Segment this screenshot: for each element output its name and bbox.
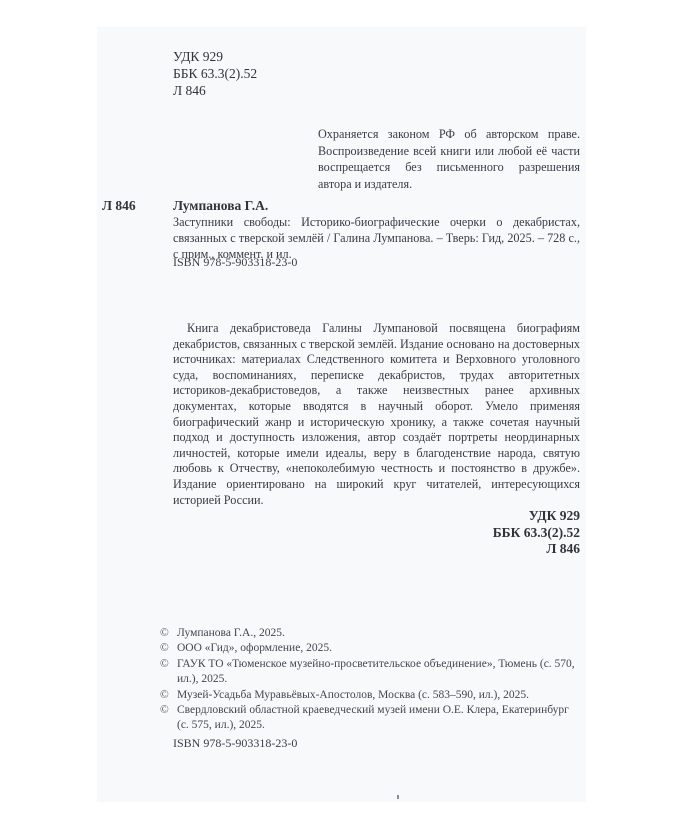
credit-item: © Музей-Усадьба Муравьёвых-Апостолов, Мо… (160, 688, 580, 703)
page-mark (397, 795, 399, 799)
credit-text: Музей-Усадьба Муравьёвых-Апостолов, Моск… (177, 688, 580, 703)
copyright-icon: © (160, 641, 177, 656)
copyright-notice: Охраняется законом РФ об авторском праве… (318, 126, 580, 192)
credit-item: © ГАУК ТО «Тюменское музейно-просветител… (160, 657, 580, 688)
udk-code: УДК 929 (493, 508, 580, 525)
credit-text: ООО «Гид», оформление, 2025. (177, 641, 580, 656)
author-mark: Л 846 (493, 541, 580, 558)
credit-item: © Свердловский областной краеведческий м… (160, 703, 580, 734)
copyright-icon: © (160, 703, 177, 734)
copyright-icon: © (160, 657, 177, 688)
credit-item: © Лумпанова Г.А., 2025. (160, 626, 580, 641)
bbk-code: ББК 63.3(2).52 (173, 65, 257, 82)
classification-top: УДК 929 ББК 63.3(2).52 Л 846 (173, 48, 257, 99)
credit-item: © ООО «Гид», оформление, 2025. (160, 641, 580, 656)
isbn-bottom: ISBN 978-5-903318-23-0 (173, 736, 297, 751)
biblio-code: Л 846 (102, 198, 136, 214)
author-mark: Л 846 (173, 82, 257, 99)
isbn-top: ISBN 978-5-903318-23-0 (173, 255, 297, 270)
credit-text: ГАУК ТО «Тюменское музейно-просветительс… (177, 657, 580, 688)
credit-text: Лумпанова Г.А., 2025. (177, 626, 580, 641)
udk-code: УДК 929 (173, 48, 257, 65)
bbk-code: ББК 63.3(2).52 (493, 525, 580, 542)
classification-bottom: УДК 929 ББК 63.3(2).52 Л 846 (493, 508, 580, 558)
annotation: Книга декабристоведа Галины Лумпановой п… (173, 321, 580, 508)
biblio-author: Лумпанова Г.А. (173, 198, 268, 214)
copyright-icon: © (160, 626, 177, 641)
credits-list: © Лумпанова Г.А., 2025. © ООО «Гид», офо… (160, 626, 580, 734)
credit-text: Свердловский областной краеведческий муз… (177, 703, 580, 734)
copyright-icon: © (160, 688, 177, 703)
